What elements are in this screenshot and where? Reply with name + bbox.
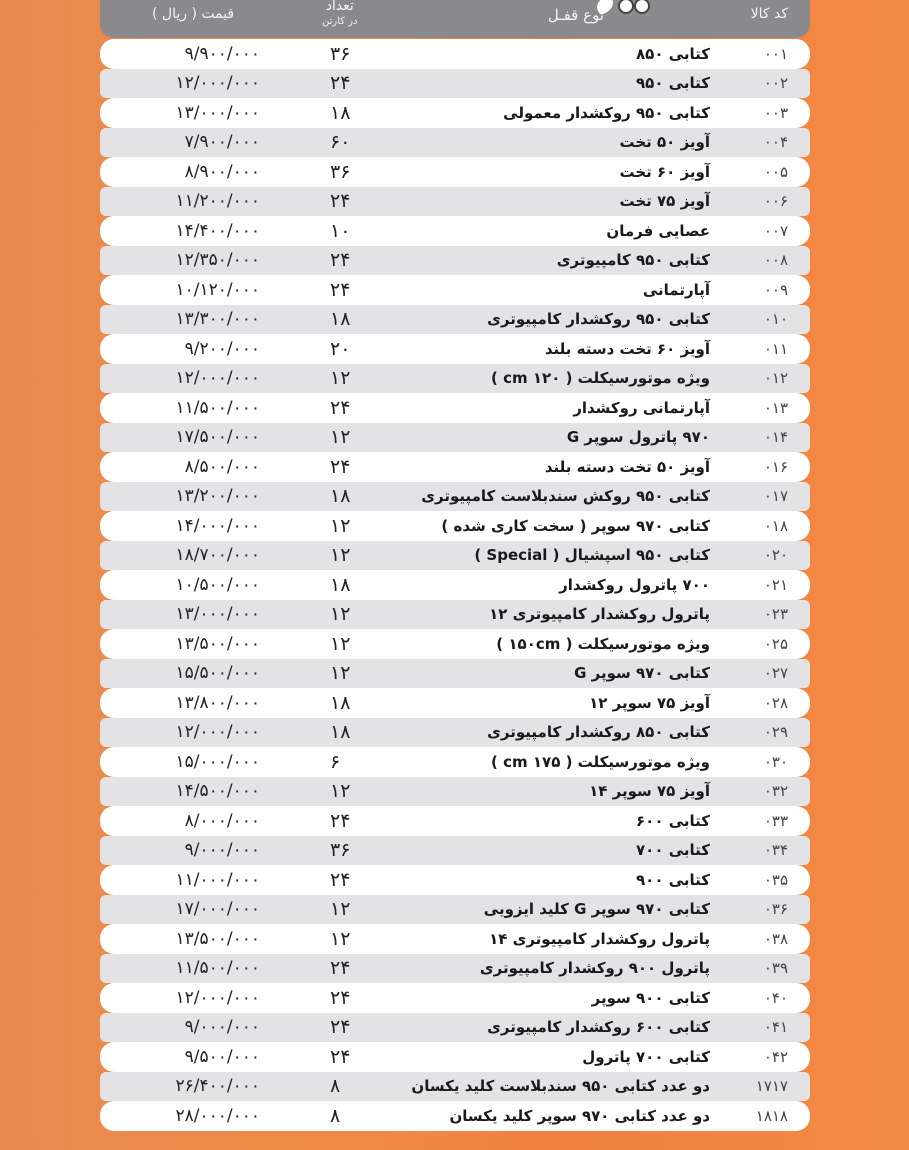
- table-row: ۰۴۲کتابی ۷۰۰ پاترول۲۴۹/۵۰۰/۰۰۰: [100, 1042, 810, 1072]
- cell-quantity: ۲۴: [330, 810, 370, 832]
- cell-price: ۱۸/۷۰۰/۰۰۰: [130, 545, 260, 565]
- cell-lock-type: کتابی ۸۵۰ روکشدار کامپیوتری: [487, 723, 710, 741]
- cell-code: ۰۳۲: [738, 782, 788, 800]
- cell-code: ۰۱۳: [738, 399, 788, 417]
- header-code: کد کالا: [751, 6, 788, 22]
- cell-code: ۰۲۰: [738, 546, 788, 564]
- cell-lock-type: آویز ۵۰ تخت: [619, 133, 710, 151]
- table-row: ۰۲۸آویز ۷۵ سوپر ۱۲۱۸۱۳/۸۰۰/۰۰۰: [100, 688, 810, 718]
- table-row: ۰۰۳کتابی ۹۵۰ روکشدار معمولی۱۸۱۳/۰۰۰/۰۰۰: [100, 98, 810, 128]
- table-row: ۰۱۴۹۷۰ پاترول سوپر G۱۲۱۷/۵۰۰/۰۰۰: [100, 423, 810, 453]
- cell-lock-type: کتابی ۹۵۰ روکشدار کامپیوتری: [487, 310, 710, 328]
- cell-price: ۹/۰۰۰/۰۰۰: [130, 840, 260, 860]
- cell-lock-type: پاترول ۹۰۰ روکشدار کامپیوتری: [480, 959, 710, 977]
- cell-quantity: ۱۸: [330, 308, 370, 330]
- cell-quantity: ۲۴: [330, 456, 370, 478]
- cell-lock-type: کتابی ۹۰۰ سوپر: [592, 989, 710, 1007]
- table-row: ۰۰۶آویز ۷۵ تخت۲۴۱۱/۲۰۰/۰۰۰: [100, 187, 810, 217]
- cell-price: ۱۲/۰۰۰/۰۰۰: [130, 73, 260, 93]
- cell-quantity: ۲۴: [330, 957, 370, 979]
- cell-code: ۰۲۱: [738, 576, 788, 594]
- cell-lock-type: کتابی ۶۰۰ روکشدار کامپیوتری: [487, 1018, 710, 1036]
- cell-quantity: ۲۴: [330, 190, 370, 212]
- cell-quantity: ۶: [330, 751, 370, 773]
- cell-quantity: ۱۲: [330, 633, 370, 655]
- cell-quantity: ۲۴: [330, 249, 370, 271]
- cell-code: ۰۴۲: [738, 1048, 788, 1066]
- cell-code: ۰۱۱: [738, 340, 788, 358]
- cell-code: ۰۱۶: [738, 458, 788, 476]
- cell-code: ۱۷۱۷: [738, 1077, 788, 1095]
- cell-price: ۱۲/۳۵۰/۰۰۰: [130, 250, 260, 270]
- cell-quantity: ۱۲: [330, 780, 370, 802]
- table-row: ۰۱۰کتابی ۹۵۰ روکشدار کامپیوتری۱۸۱۳/۳۰۰/۰…: [100, 305, 810, 335]
- table-row: ۰۳۶کتابی ۹۷۰ سوپر G کلید ایزویی۱۲۱۷/۰۰۰/…: [100, 895, 810, 925]
- cell-code: ۰۱۷: [738, 487, 788, 505]
- cell-code: ۰۲۳: [738, 605, 788, 623]
- cell-code: ۰۲۷: [738, 664, 788, 682]
- cell-code: ۰۳۳: [738, 812, 788, 830]
- cell-quantity: ۱۸: [330, 574, 370, 596]
- cell-code: ۰۴۰: [738, 989, 788, 1007]
- table-row: ۰۲۳پاترول روکشدار کامپیوتری ۱۲۱۲۱۳/۰۰۰/۰…: [100, 600, 810, 630]
- table-row: ۰۲۵ویژه موتورسیکلت ( ۱۵۰cm )۱۲۱۳/۵۰۰/۰۰۰: [100, 629, 810, 659]
- cell-price: ۷/۹۰۰/۰۰۰: [130, 132, 260, 152]
- cell-price: ۱۵/۵۰۰/۰۰۰: [130, 663, 260, 683]
- table-row: ۰۰۴آویز ۵۰ تخت۶۰۷/۹۰۰/۰۰۰: [100, 128, 810, 158]
- table-row: ۰۱۲ویژه موتورسیکلت ( ۱۲۰ cm )۱۲۱۲/۰۰۰/۰۰…: [100, 364, 810, 394]
- cell-lock-type: کتابی ۹۵۰ روکش سندبلاست کامپیوتری: [421, 487, 710, 505]
- cell-code: ۰۰۶: [738, 192, 788, 210]
- cell-quantity: ۲۴: [330, 1016, 370, 1038]
- table-row: ۰۴۰کتابی ۹۰۰ سوپر۲۴۱۲/۰۰۰/۰۰۰: [100, 983, 810, 1013]
- table-row: ۰۳۴کتابی ۷۰۰۳۶۹/۰۰۰/۰۰۰: [100, 836, 810, 866]
- cell-lock-type: ویژه موتورسیکلت ( ۱۷۵ cm ): [491, 753, 710, 771]
- cell-price: ۱۴/۵۰۰/۰۰۰: [130, 781, 260, 801]
- cell-quantity: ۲۴: [330, 1046, 370, 1068]
- table-row: ۱۷۱۷دو عدد کتابی ۹۵۰ سندبلاست کلید یکسان…: [100, 1072, 810, 1102]
- cell-code: ۰۰۴: [738, 133, 788, 151]
- cell-quantity: ۱۲: [330, 544, 370, 566]
- cell-code: ۰۲۵: [738, 635, 788, 653]
- table-row: ۰۱۷کتابی ۹۵۰ روکش سندبلاست کامپیوتری۱۸۱۳…: [100, 482, 810, 512]
- table-row: ۰۰۲کتابی ۹۵۰۲۴۱۲/۰۰۰/۰۰۰: [100, 69, 810, 99]
- cell-price: ۱۲/۰۰۰/۰۰۰: [130, 722, 260, 742]
- cell-price: ۱۳/۳۰۰/۰۰۰: [130, 309, 260, 329]
- cell-lock-type: آویز ۵۰ تخت دسته بلند: [545, 458, 710, 476]
- header-lock-type: نوع قفـل: [548, 6, 604, 24]
- cell-quantity: ۲۴: [330, 397, 370, 419]
- cell-lock-type: آپارتمانی: [643, 281, 710, 299]
- cell-price: ۱۳/۰۰۰/۰۰۰: [130, 103, 260, 123]
- table-row: ۰۲۱۷۰۰ پاترول روکشدار۱۸۱۰/۵۰۰/۰۰۰: [100, 570, 810, 600]
- table-row: ۰۴۱کتابی ۶۰۰ روکشدار کامپیوتری۲۴۹/۰۰۰/۰۰…: [100, 1013, 810, 1043]
- cell-price: ۱۲/۰۰۰/۰۰۰: [130, 988, 260, 1008]
- cell-lock-type: کتابی ۸۵۰: [636, 45, 710, 63]
- cell-code: ۰۲۸: [738, 694, 788, 712]
- cell-price: ۱۰/۵۰۰/۰۰۰: [130, 575, 260, 595]
- cell-price: ۲۸/۰۰۰/۰۰۰: [130, 1106, 260, 1126]
- header-quantity: تعداد در کارتن: [322, 0, 358, 28]
- table-header: کد کالا نوع قفـل تعداد در کارتن قیمت ( ر…: [100, 0, 810, 38]
- cell-code: ۰۲۹: [738, 723, 788, 741]
- cell-price: ۱۱/۲۰۰/۰۰۰: [130, 191, 260, 211]
- cell-code: ۰۴۱: [738, 1018, 788, 1036]
- cell-price: ۱۳/۵۰۰/۰۰۰: [130, 929, 260, 949]
- cell-price: ۱۵/۰۰۰/۰۰۰: [130, 752, 260, 772]
- cell-lock-type: آویز ۷۵ سوپر ۱۲: [589, 694, 710, 712]
- cell-code: ۰۰۹: [738, 281, 788, 299]
- cell-quantity: ۲۴: [330, 279, 370, 301]
- cell-quantity: ۱۸: [330, 485, 370, 507]
- cell-code: ۰۰۵: [738, 163, 788, 181]
- cell-lock-type: کتابی ۹۷۰ سوپر G: [574, 664, 710, 682]
- header-quantity-sublabel: در کارتن: [322, 16, 358, 28]
- table-row: ۰۲۹کتابی ۸۵۰ روکشدار کامپیوتری۱۸۱۲/۰۰۰/۰…: [100, 718, 810, 748]
- table-row: ۰۳۲آویز ۷۵ سوپر ۱۴۱۲۱۴/۵۰۰/۰۰۰: [100, 777, 810, 807]
- cell-price: ۱۰/۱۲۰/۰۰۰: [130, 280, 260, 300]
- cell-quantity: ۸: [330, 1075, 370, 1097]
- cell-quantity: ۲۴: [330, 72, 370, 94]
- cell-lock-type: کتابی ۹۵۰ کامپیوتری: [557, 251, 710, 269]
- cell-lock-type: کتابی ۷۰۰: [636, 841, 710, 859]
- dot-icon: [618, 0, 634, 14]
- cell-price: ۸/۵۰۰/۰۰۰: [130, 457, 260, 477]
- table-row: ۱۸۱۸دو عدد کتابی ۹۷۰ سوپر کلید یکسان۸۲۸/…: [100, 1101, 810, 1131]
- header-price: قیمت ( ریال ): [152, 6, 234, 22]
- table-row: ۰۱۱آویز ۶۰ تخت دسته بلند۲۰۹/۲۰۰/۰۰۰: [100, 334, 810, 364]
- cell-price: ۲۶/۴۰۰/۰۰۰: [130, 1076, 260, 1096]
- cell-quantity: ۱۸: [330, 102, 370, 124]
- cell-code: ۰۰۷: [738, 222, 788, 240]
- cell-code: ۱۸۱۸: [738, 1107, 788, 1125]
- cell-lock-type: آویز ۷۵ سوپر ۱۴: [589, 782, 710, 800]
- cell-code: ۰۰۳: [738, 104, 788, 122]
- cell-quantity: ۳۶: [330, 839, 370, 861]
- cell-code: ۰۳۸: [738, 930, 788, 948]
- cell-quantity: ۱۰: [330, 220, 370, 242]
- cell-lock-type: کتابی ۶۰۰: [636, 812, 710, 830]
- cell-quantity: ۱۸: [330, 692, 370, 714]
- cell-price: ۱۱/۰۰۰/۰۰۰: [130, 870, 260, 890]
- table-body: ۰۰۱کتابی ۸۵۰۳۶۹/۹۰۰/۰۰۰۰۰۲کتابی ۹۵۰۲۴۱۲/…: [100, 39, 810, 1131]
- cell-lock-type: پاترول روکشدار کامپیوتری ۱۲: [489, 605, 710, 623]
- table-row: ۰۰۹آپارتمانی۲۴۱۰/۱۲۰/۰۰۰: [100, 275, 810, 305]
- cell-quantity: ۲۴: [330, 869, 370, 891]
- cell-quantity: ۱۲: [330, 426, 370, 448]
- cell-price: ۱۲/۰۰۰/۰۰۰: [130, 368, 260, 388]
- table-row: ۰۳۵کتابی ۹۰۰۲۴۱۱/۰۰۰/۰۰۰: [100, 865, 810, 895]
- cell-lock-type: کتابی ۹۵۰ روکشدار معمولی: [503, 104, 710, 122]
- cell-quantity: ۳۶: [330, 161, 370, 183]
- cell-code: ۰۱۲: [738, 369, 788, 387]
- table-row: ۰۳۸پاترول روکشدار کامپیوتری ۱۴۱۲۱۳/۵۰۰/۰…: [100, 924, 810, 954]
- cell-price: ۱۴/۴۰۰/۰۰۰: [130, 221, 260, 241]
- cell-quantity: ۳۶: [330, 43, 370, 65]
- cell-price: ۹/۲۰۰/۰۰۰: [130, 339, 260, 359]
- table-row: ۰۱۳آپارتمانی روکشدار۲۴۱۱/۵۰۰/۰۰۰: [100, 393, 810, 423]
- cell-lock-type: ویژه موتورسیکلت ( ۱۵۰cm ): [496, 635, 710, 653]
- cell-quantity: ۶۰: [330, 131, 370, 153]
- table-row: ۰۰۱کتابی ۸۵۰۳۶۹/۹۰۰/۰۰۰: [100, 39, 810, 69]
- table-row: ۰۳۰ویژه موتورسیکلت ( ۱۷۵ cm )۶۱۵/۰۰۰/۰۰۰: [100, 747, 810, 777]
- cell-lock-type: آویز ۶۰ تخت: [619, 163, 710, 181]
- table-row: ۰۲۰کتابی ۹۵۰ اسپشیال ( Special )۱۲۱۸/۷۰۰…: [100, 541, 810, 571]
- cell-code: ۰۱۰: [738, 310, 788, 328]
- cell-code: ۰۳۹: [738, 959, 788, 977]
- cell-lock-type: کتابی ۹۷۰ سوپر ( سخت کاری شده ): [441, 517, 710, 535]
- cell-lock-type: کتابی ۹۰۰: [636, 871, 710, 889]
- table-row: ۰۳۳کتابی ۶۰۰۲۴۸/۰۰۰/۰۰۰: [100, 806, 810, 836]
- cell-price: ۱۷/۰۰۰/۰۰۰: [130, 899, 260, 919]
- cell-quantity: ۱۲: [330, 928, 370, 950]
- cell-quantity: ۱۲: [330, 898, 370, 920]
- cell-code: ۰۱۸: [738, 517, 788, 535]
- cell-lock-type: کتابی ۷۰۰ پاترول: [582, 1048, 710, 1066]
- cell-quantity: ۱۲: [330, 367, 370, 389]
- cell-price: ۹/۵۰۰/۰۰۰: [130, 1047, 260, 1067]
- cell-price: ۹/۰۰۰/۰۰۰: [130, 1017, 260, 1037]
- cell-lock-type: ویژه موتورسیکلت ( ۱۲۰ cm ): [491, 369, 710, 387]
- cell-code: ۰۳۵: [738, 871, 788, 889]
- dot-icon: [634, 0, 650, 14]
- cell-quantity: ۱۲: [330, 603, 370, 625]
- cell-lock-type: کتابی ۹۷۰ سوپر G کلید ایزویی: [484, 900, 710, 918]
- cell-quantity: ۲۴: [330, 987, 370, 1009]
- cell-lock-type: دو عدد کتابی ۹۵۰ سندبلاست کلید یکسان: [411, 1077, 710, 1095]
- cell-lock-type: کتابی ۹۵۰ اسپشیال ( Special ): [474, 546, 710, 564]
- cell-price: ۱۳/۰۰۰/۰۰۰: [130, 604, 260, 624]
- cell-lock-type: ۹۷۰ پاترول سوپر G: [567, 428, 710, 446]
- table-row: ۰۱۸کتابی ۹۷۰ سوپر ( سخت کاری شده )۱۲۱۴/۰…: [100, 511, 810, 541]
- header-quantity-label: تعداد: [326, 0, 354, 14]
- cell-code: ۰۰۲: [738, 74, 788, 92]
- cell-code: ۰۰۱: [738, 45, 788, 63]
- cell-price: ۱۷/۵۰۰/۰۰۰: [130, 427, 260, 447]
- cell-price: ۸/۰۰۰/۰۰۰: [130, 811, 260, 831]
- cell-code: ۰۳۴: [738, 841, 788, 859]
- cell-price: ۱۱/۵۰۰/۰۰۰: [130, 958, 260, 978]
- cell-price: ۱۳/۸۰۰/۰۰۰: [130, 693, 260, 713]
- cell-quantity: ۱۲: [330, 662, 370, 684]
- cell-price: ۹/۹۰۰/۰۰۰: [130, 44, 260, 64]
- cell-price: ۸/۹۰۰/۰۰۰: [130, 162, 260, 182]
- table-row: ۰۰۷عصایی فرمان۱۰۱۴/۴۰۰/۰۰۰: [100, 216, 810, 246]
- table-row: ۰۱۶آویز ۵۰ تخت دسته بلند۲۴۸/۵۰۰/۰۰۰: [100, 452, 810, 482]
- table-row: ۰۰۸کتابی ۹۵۰ کامپیوتری۲۴۱۲/۳۵۰/۰۰۰: [100, 246, 810, 276]
- cell-lock-type: ۷۰۰ پاترول روکشدار: [559, 576, 710, 594]
- table-row: ۰۳۹پاترول ۹۰۰ روکشدار کامپیوتری۲۴۱۱/۵۰۰/…: [100, 954, 810, 984]
- cell-price: ۱۳/۵۰۰/۰۰۰: [130, 634, 260, 654]
- cell-quantity: ۱۲: [330, 515, 370, 537]
- cell-lock-type: کتابی ۹۵۰: [636, 74, 710, 92]
- cell-lock-type: دو عدد کتابی ۹۷۰ سوپر کلید یکسان: [449, 1107, 710, 1125]
- cell-price: ۱۱/۵۰۰/۰۰۰: [130, 398, 260, 418]
- cell-price: ۱۳/۲۰۰/۰۰۰: [130, 486, 260, 506]
- price-list-table: کد کالا نوع قفـل تعداد در کارتن قیمت ( ر…: [100, 0, 810, 1131]
- cell-lock-type: عصایی فرمان: [606, 222, 710, 240]
- cell-quantity: ۲۰: [330, 338, 370, 360]
- table-row: ۰۰۵آویز ۶۰ تخت۳۶۸/۹۰۰/۰۰۰: [100, 157, 810, 187]
- cell-quantity: ۱۸: [330, 721, 370, 743]
- cell-lock-type: آپارتمانی روکشدار: [573, 399, 710, 417]
- cell-code: ۰۳۰: [738, 753, 788, 771]
- brand-logo-icon: [596, 0, 656, 16]
- cell-lock-type: آویز ۷۵ تخت: [619, 192, 710, 210]
- cell-lock-type: آویز ۶۰ تخت دسته بلند: [545, 340, 710, 358]
- cell-quantity: ۸: [330, 1105, 370, 1127]
- cell-price: ۱۴/۰۰۰/۰۰۰: [130, 516, 260, 536]
- cell-code: ۰۰۸: [738, 251, 788, 269]
- cell-lock-type: پاترول روکشدار کامپیوتری ۱۴: [489, 930, 710, 948]
- table-row: ۰۲۷کتابی ۹۷۰ سوپر G۱۲۱۵/۵۰۰/۰۰۰: [100, 659, 810, 689]
- cell-code: ۰۳۶: [738, 900, 788, 918]
- cell-code: ۰۱۴: [738, 428, 788, 446]
